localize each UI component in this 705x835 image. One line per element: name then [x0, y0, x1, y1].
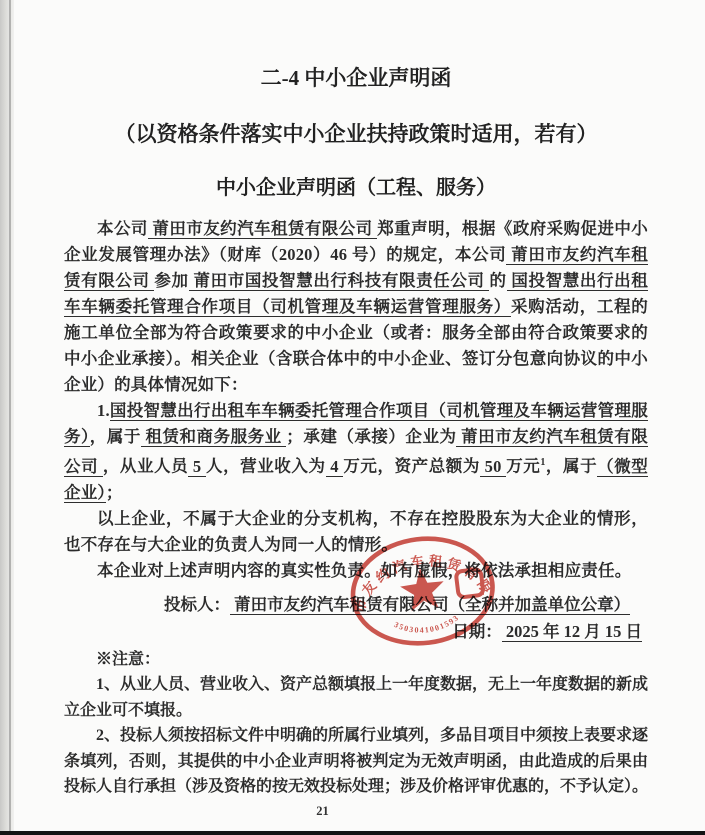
text-segment: 本公司: [97, 219, 148, 238]
filled-blank: 租赁和商务服务业: [141, 427, 286, 447]
text-segment: ；承建（承接）企业为: [286, 427, 456, 446]
text-segment: ；: [106, 483, 123, 502]
paragraph-not-large-enterprise: 以上企业，不属于大企业的分支机构，不存在控股股东为大企业的情形，也不存在与大企业…: [64, 506, 648, 558]
doc-subtitle-applicability: （以资格条件落实中小企业扶持政策时适用，若有）: [64, 118, 648, 148]
note-item-2: 2、投标人须按招标文件中明确的所属行业填列，多品目项目中须按上表要求逐条填列，否…: [64, 723, 648, 800]
text-segment: ，属于: [546, 457, 598, 476]
scan-bottom-edge: [0, 831, 705, 835]
bidder-value: 莆田市友约汽车租赁有限公司（全称并加盖单位公章）: [230, 595, 630, 615]
paragraph-declaration: 本公司 莆田市友约汽车租赁有限公司 郑重声明，根据《政府采购促进中小企业发展管理…: [64, 216, 648, 398]
scan-left-edge-line: [9, 0, 11, 835]
page-number: 21: [0, 804, 675, 819]
bidder-label: 投标人：: [164, 595, 230, 614]
text-segment: 本企业对上述声明内容的真实性负责。如有虚假，将依法承担相应责任。: [97, 561, 631, 580]
notes-section: ※注意： 1、从业人员、营业收入、资产总额填报上一年度数据，无上一年度数据的新成…: [64, 647, 648, 800]
text-segment: 人，营业收入为: [206, 457, 325, 476]
filled-blank: 50: [480, 457, 506, 477]
text-segment: 万元: [506, 457, 540, 476]
scan-left-shadow: [0, 0, 14, 835]
note-item-1: 1、从业人员、营业收入、资产总额填报上一年度数据，无上一年度数据的新成立企业可不…: [64, 672, 648, 723]
date-value: 2025 年 12 月 15 日: [502, 622, 642, 642]
text-segment: 以上企业，不属于大企业的分支机构，不存在控股股东为大企业的情形，也不存在与大企业…: [64, 509, 648, 554]
document-content: 二-4 中小企业声明函 （以资格条件落实中小企业扶持政策时适用，若有） 中小企业…: [64, 0, 648, 800]
text-segment: 参加: [154, 271, 188, 290]
text-segment: 的: [489, 271, 506, 290]
notes-header: ※注意：: [64, 647, 648, 673]
filled-blank: 莆田市国投智慧出行科技有限责任公司: [189, 271, 490, 291]
paragraph-project-details: 1.国投智慧出行出租车车辆委托管理合作项目（司机管理及车辆运营管理服务），属于 …: [64, 398, 648, 506]
doc-subtitle-type: 中小企业声明函（工程、服务）: [64, 171, 648, 200]
bidder-line: 投标人： 莆田市友约汽车租赁有限公司（全称并加盖单位公章）: [164, 591, 648, 615]
doc-title: 二-4 中小企业声明函: [64, 62, 648, 92]
filled-blank: 5: [188, 457, 206, 477]
date-line: 日期： 2025 年 12 月 15 日: [64, 618, 642, 642]
text-segment: 1.: [97, 401, 110, 420]
filled-blank: 4: [326, 457, 344, 477]
date-label: 日期：: [452, 622, 502, 641]
paragraph-truthfulness: 本企业对上述声明内容的真实性负责。如有虚假，将依法承担相应责任。: [64, 558, 648, 584]
text-segment: 万元，资产总额为: [343, 457, 480, 476]
filled-blank: 莆田市友约汽车租赁有限公司: [148, 219, 377, 239]
text-segment: ，从业人员: [103, 457, 188, 476]
text-segment: ，属于: [90, 427, 141, 446]
scanned-document-page: 二-4 中小企业声明函 （以资格条件落实中小企业扶持政策时适用，若有） 中小企业…: [0, 0, 705, 835]
